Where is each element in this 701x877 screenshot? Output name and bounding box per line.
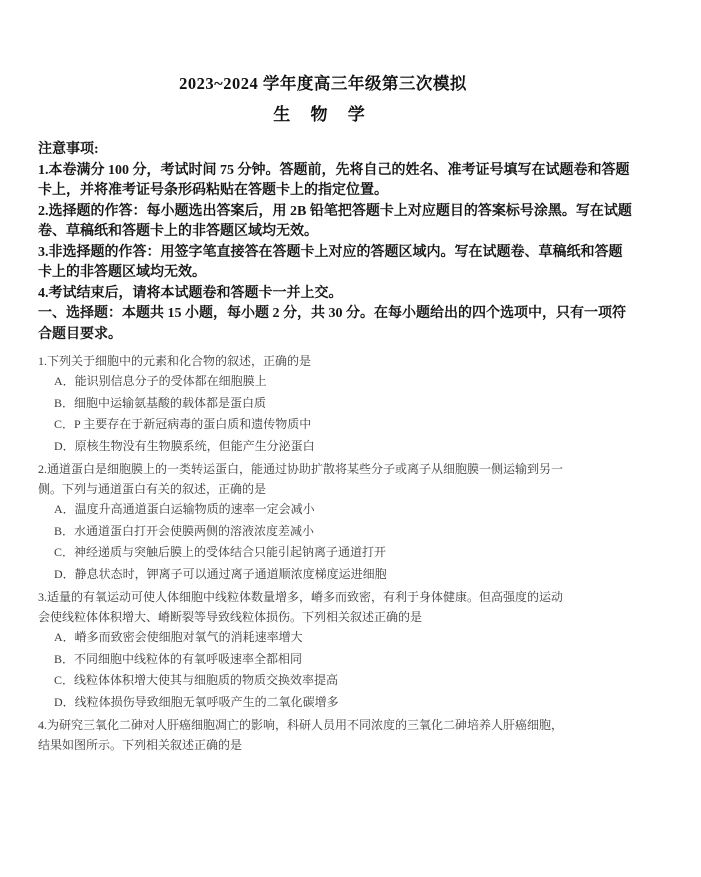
question-block: 2.通道蛋白是细胞膜上的一类转运蛋白，能通过协助扩散将某些分子或离子从细胞膜一侧…	[38, 459, 564, 585]
question-option: B．不同细胞中线粒体的有氧呼吸速率全都相同	[38, 649, 564, 671]
question-option: C．线粒体体积增大使其与细胞质的物质交换效率提高	[38, 670, 564, 692]
question-option: D．原核生物没有生物膜系统，但能产生分泌蛋白	[38, 436, 564, 458]
notice-heading: 注意事项:	[38, 140, 634, 161]
notice-item: 4.考试结束后，请将本试题卷和答题卡一并上交。	[38, 284, 634, 305]
question-block: 1.下列关于细胞中的元素和化合物的叙述，正确的是 A．能识别信息分子的受体都在细…	[38, 351, 564, 457]
question-stem: 4.为研究三氧化二砷对人肝癌细胞凋亡的影响，科研人员用不同浓度的三氧化二砷培养人…	[38, 715, 564, 755]
question-stem: 1.下列关于细胞中的元素和化合物的叙述，正确的是	[38, 351, 564, 371]
subject-subtitle: 生 物 学	[38, 105, 608, 125]
notice-item: 1.本卷满分 100 分，考试时间 75 分钟。答题前，先将自己的姓名、准考证号…	[38, 161, 634, 202]
question-option: A．嵴多而致密会使细胞对氧气的消耗速率增大	[38, 627, 564, 649]
question-stem: 2.通道蛋白是细胞膜上的一类转运蛋白，能通过协助扩散将某些分子或离子从细胞膜一侧…	[38, 459, 564, 499]
question-option: B．水通道蛋白打开会使膜两侧的溶液浓度差减小	[38, 521, 564, 543]
notice-item: 3.非选择题的作答：用签字笔直接答在答题卡上对应的答题区域内。写在试题卷、草稿纸…	[38, 243, 634, 284]
notice-section: 注意事项: 1.本卷满分 100 分，考试时间 75 分钟。答题前，先将自己的姓…	[38, 140, 634, 304]
question-block: 3.适量的有氧运动可使人体细胞中线粒体数量增多，嵴多而致密，有利于身体健康。但高…	[38, 587, 564, 713]
question-option: A．能识别信息分子的受体都在细胞膜上	[38, 371, 564, 393]
question-option: C．P 主要存在于新冠病毒的蛋白质和遗传物质中	[38, 414, 564, 436]
question-option: C．神经递质与突触后膜上的受体结合只能引起钠离子通道打开	[38, 542, 564, 564]
question-block: 4.为研究三氧化二砷对人肝癌细胞凋亡的影响，科研人员用不同浓度的三氧化二砷培养人…	[38, 715, 564, 755]
question-option: D．线粒体损伤导致细胞无氧呼吸产生的二氧化碳增多	[38, 692, 564, 714]
document-header: 2023~2024 学年度高三年级第三次模拟 生 物 学	[38, 74, 608, 125]
question-option: D．静息状态时，钾离子可以通过离子通道顺浓度梯度运进细胞	[38, 564, 564, 586]
question-option: B．细胞中运输氨基酸的载体都是蛋白质	[38, 393, 564, 415]
section-header: 一、选择题：本题共 15 小题，每小题 2 分，共 30 分。在每小题给出的四个…	[38, 304, 634, 345]
exam-paper-page: 2023~2024 学年度高三年级第三次模拟 生 物 学 注意事项: 1.本卷满…	[0, 0, 701, 877]
question-list: 1.下列关于细胞中的元素和化合物的叙述，正确的是 A．能识别信息分子的受体都在细…	[38, 351, 564, 755]
question-option: A．温度升高通道蛋白运输物质的速率一定会减小	[38, 499, 564, 521]
page-title: 2023~2024 学年度高三年级第三次模拟	[38, 74, 608, 94]
notice-item: 2.选择题的作答：每小题选出答案后，用 2B 铅笔把答题卡上对应题目的答案标号涂…	[38, 202, 634, 243]
question-stem: 3.适量的有氧运动可使人体细胞中线粒体数量增多，嵴多而致密，有利于身体健康。但高…	[38, 587, 564, 627]
page-content: 2023~2024 学年度高三年级第三次模拟 生 物 学 注意事项: 1.本卷满…	[0, 0, 701, 755]
